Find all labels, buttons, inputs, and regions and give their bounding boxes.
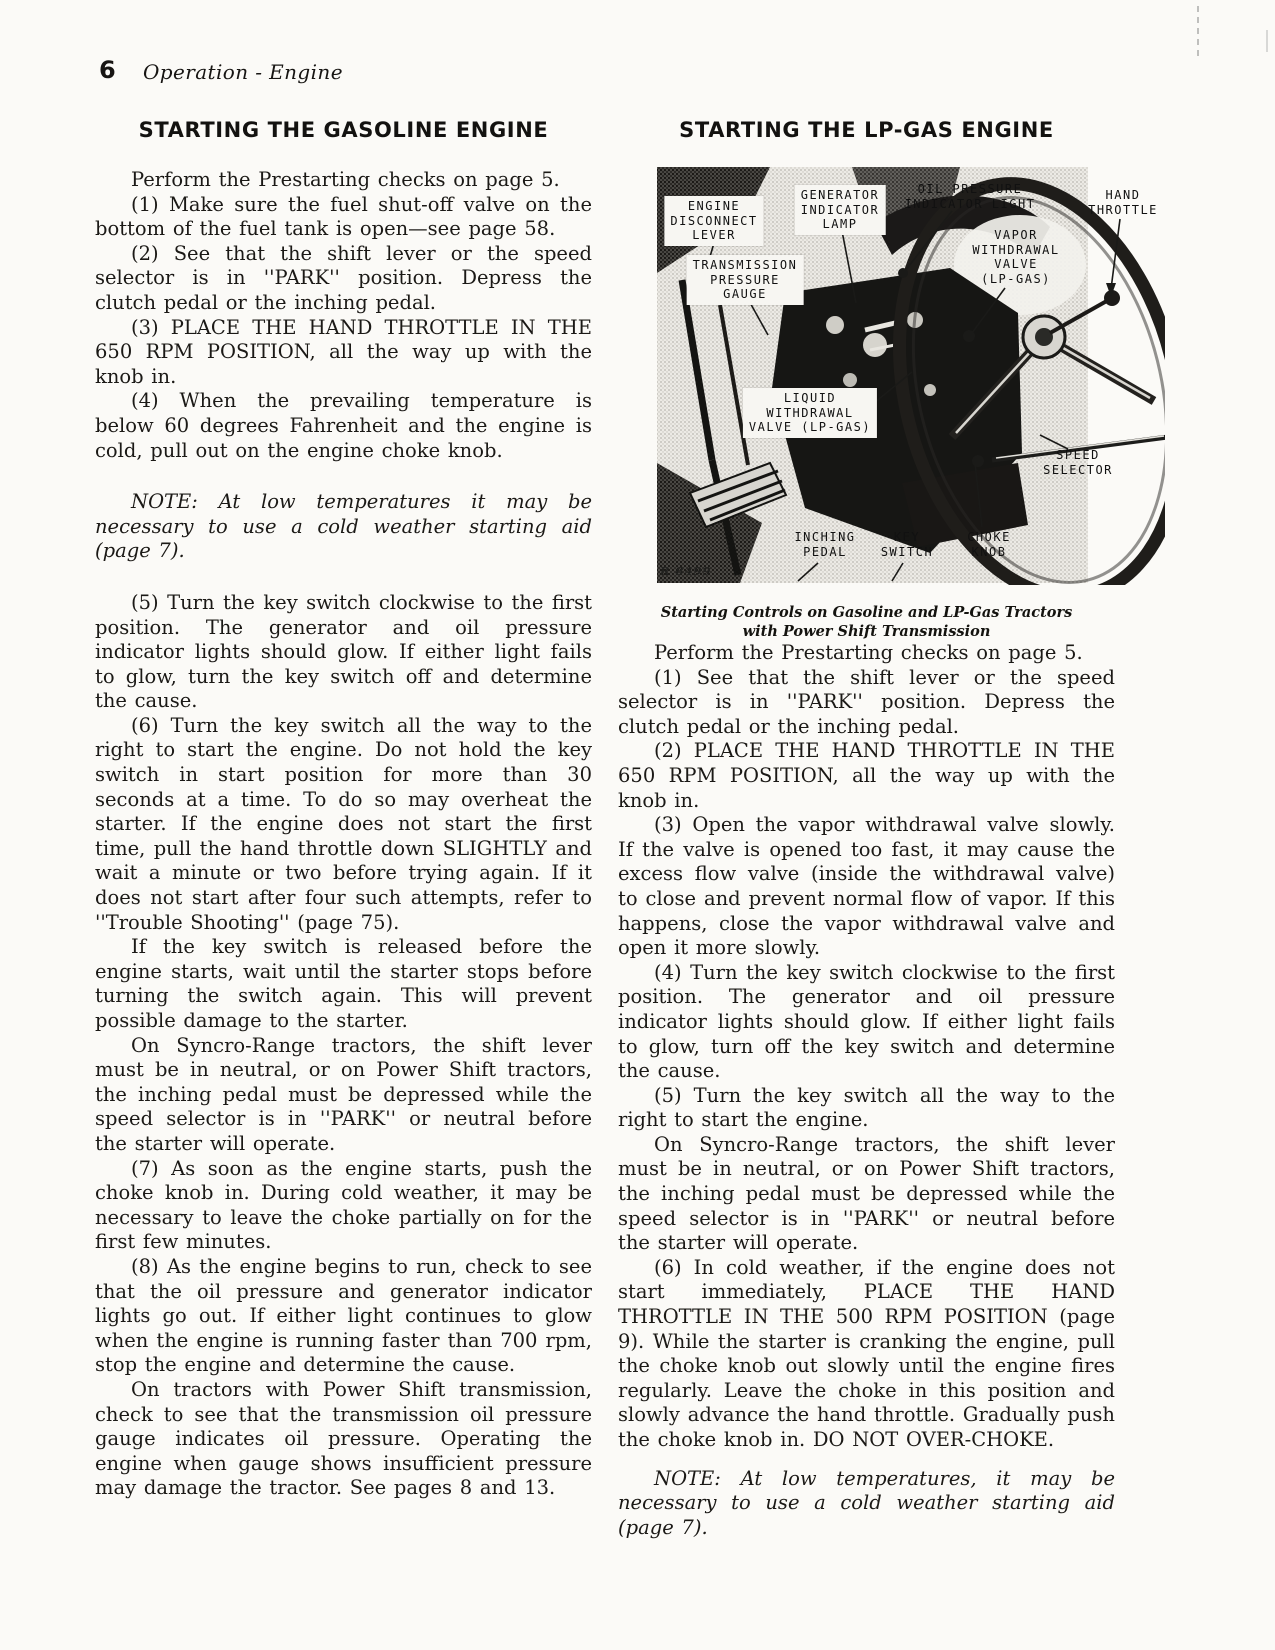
note-paragraph: NOTE: At low temperatures, it may be nec… (618, 1467, 1115, 1541)
paragraph: (5) Turn the key switch clockwise to the… (95, 591, 592, 714)
figure-label-key-switch: KEY SWITCH (881, 530, 933, 559)
paragraph: (8) As the engine begins to run, check t… (95, 1255, 592, 1378)
figure-label-choke-knob: CHOKE KNOB (967, 530, 1011, 559)
paragraph: (6) In cold weather, if the engine does … (618, 1256, 1115, 1453)
left-column-heading: STARTING THE GASOLINE ENGINE (95, 118, 592, 142)
paragraph: (2) See that the shift lever or the spee… (95, 242, 592, 316)
page-number: 6 (99, 56, 116, 84)
figure-label-speed-selector: SPEED SELECTOR (1043, 448, 1113, 477)
figure-label-inching-pedal: INCHING PEDAL (794, 530, 855, 559)
paragraph: (5) Turn the key switch all the way to t… (618, 1084, 1115, 1133)
running-title: Operation - Engine (143, 60, 343, 84)
paragraph: (3) PLACE THE HAND THROTTLE IN THE 650 R… (95, 316, 592, 390)
paragraph: (4) When the prevailing temperature is b… (95, 389, 592, 463)
note-paragraph: NOTE: At low temperatures it may be nece… (95, 490, 592, 564)
paragraph: (2) PLACE THE HAND THROTTLE IN THE 650 R… (618, 739, 1115, 813)
figure-label-hand-throttle: HAND THROTTLE (1088, 188, 1158, 217)
right-column: STARTING THE LP-GAS ENGINE (618, 104, 1115, 1540)
figure-label-engine-disconnect-lever: ENGINE DISCONNECT LEVER (664, 196, 763, 246)
figure-label-vapor-withdrawal-valve: VAPOR WITHDRAWAL VALVE (LP-GAS) (972, 228, 1059, 286)
paragraph: (1) Make sure the fuel shut-off valve on… (95, 193, 592, 242)
paragraph: (6) Turn the key switch all the way to t… (95, 714, 592, 935)
figure-label-liquid-withdrawal-valve: LIQUID WITHDRAWAL VALVE (LP-GAS) (743, 388, 877, 438)
paragraph: (3) Open the vapor withdrawal valve slow… (618, 813, 1115, 961)
left-column: STARTING THE GASOLINE ENGINE Perform the… (95, 104, 592, 1501)
figure-label-transmission-pressure-gauge: TRANSMISSION PRESSURE GAUGE (687, 255, 804, 305)
scan-artifact (1197, 6, 1199, 56)
paragraph: On Syncro-Range tractors, the shift leve… (95, 1034, 592, 1157)
figure-label-generator-indicator-lamp: GENERATOR INDICATOR LAMP (795, 185, 886, 235)
paragraph: On tractors with Power Shift transmissio… (95, 1378, 592, 1501)
manual-page: 6 Operation - Engine STARTING THE GASOLI… (0, 0, 1275, 1650)
paragraph: Perform the Prestarting checks on page 5… (95, 168, 592, 193)
photo-id: R 8499 (660, 564, 712, 578)
paragraph: If the key switch is released before the… (95, 935, 592, 1033)
paragraph: (7) As soon as the engine starts, push t… (95, 1157, 592, 1255)
tractor-dashboard-photo: ENGINE DISCONNECT LEVER GENERATOR INDICA… (620, 165, 1165, 585)
figure-label-oil-pressure-indicator-light: OIL PRESSURE INDICATOR LIGHT (905, 182, 1036, 211)
paragraph: (4) Turn the key switch clockwise to the… (618, 961, 1115, 1084)
paragraph: (1) See that the shift lever or the spee… (618, 666, 1115, 740)
figure-caption: Starting Controls on Gasoline and LP-Gas… (618, 603, 1115, 641)
scan-artifact (1266, 30, 1268, 52)
right-column-heading: STARTING THE LP-GAS ENGINE (618, 118, 1115, 142)
paragraph: On Syncro-Range tractors, the shift leve… (618, 1133, 1115, 1256)
paragraph: Perform the Prestarting checks on page 5… (618, 641, 1115, 666)
